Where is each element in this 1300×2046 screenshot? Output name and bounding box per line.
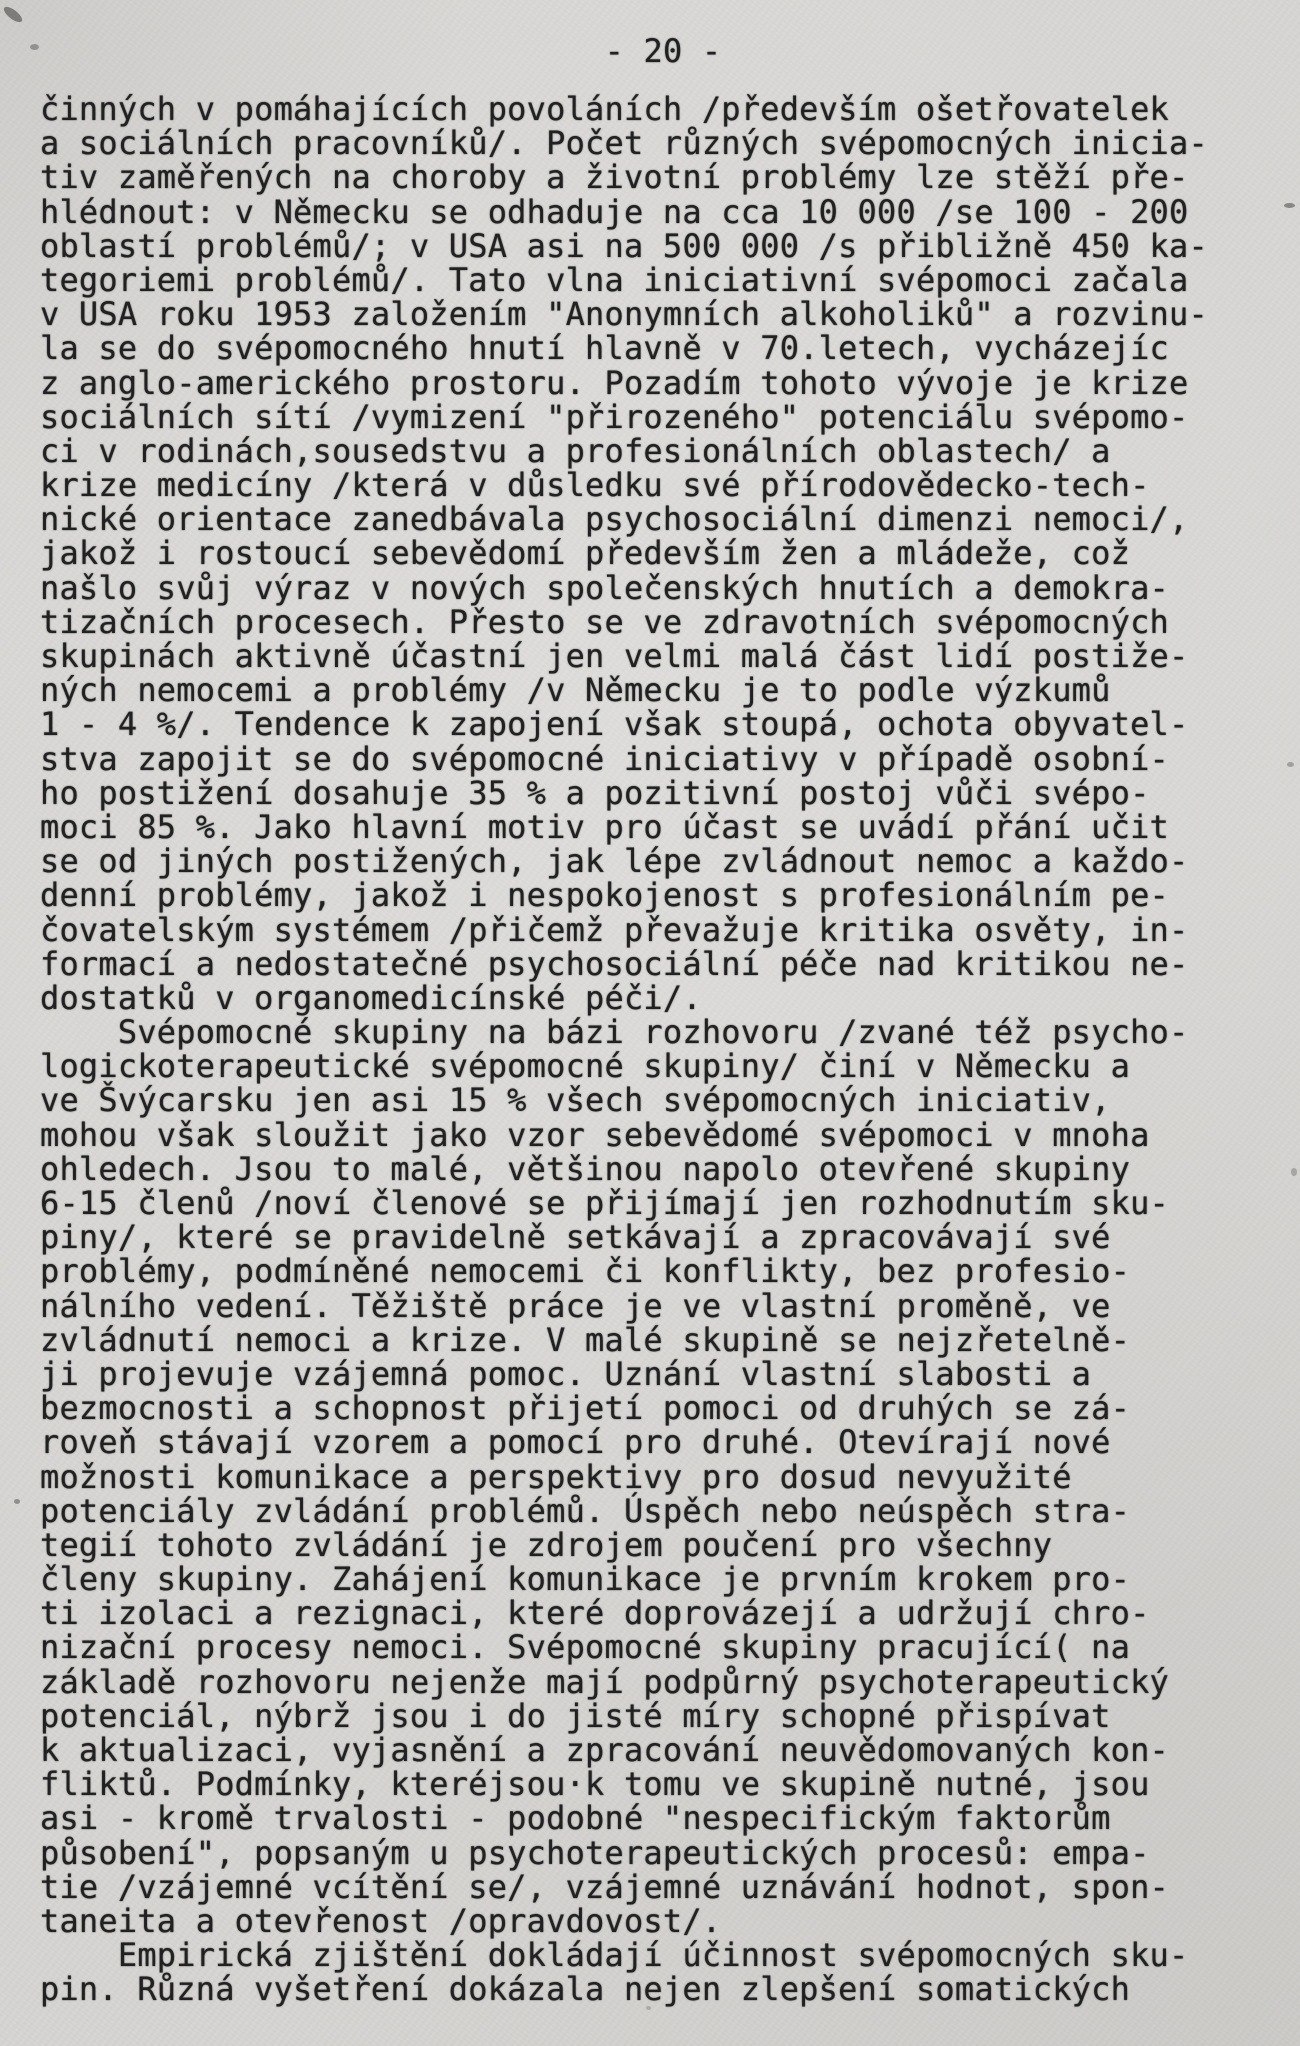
text-line: jakož i rostoucí sebevědomí především že… bbox=[40, 536, 1270, 570]
text-line: potenciál, nýbrž jsou i do jisté míry sc… bbox=[40, 1699, 1270, 1733]
text-line: logickoterapeutické svépomocné skupiny/ … bbox=[40, 1049, 1270, 1083]
text-line: ohledech. Jsou to malé, většinou napolo … bbox=[40, 1152, 1270, 1186]
text-line: mohou však sloužit jako vzor sebevědomé … bbox=[40, 1118, 1270, 1152]
text-line: 6-15 členů /noví členové se přijímají je… bbox=[40, 1186, 1270, 1220]
text-line: hlédnout: v Německu se odhaduje na cca 1… bbox=[40, 195, 1270, 229]
scan-speck bbox=[1284, 203, 1295, 208]
text-line: působení", popsaným u psychoterapeutický… bbox=[40, 1836, 1270, 1870]
text-line: fliktů. Podmínky, kteréjsou·k tomu ve sk… bbox=[40, 1767, 1270, 1801]
text-line: ci v rodinách,sousedstvu a profesionální… bbox=[40, 434, 1270, 468]
text-line: tizačních procesech. Přesto se ve zdravo… bbox=[40, 605, 1270, 639]
document-page: - 20 - činných v pomáhajících povoláních… bbox=[0, 0, 1300, 2046]
text-line: potenciály zvládání problémů. Úspěch neb… bbox=[40, 1494, 1270, 1528]
text-line: oblastí problémů/; v USA asi na 500 000 … bbox=[40, 229, 1270, 263]
text-line: piny/, které se pravidelně setkávají a z… bbox=[40, 1220, 1270, 1254]
text-line: tie /vzájemné vcítění se/, vzájemné uzná… bbox=[40, 1870, 1270, 1904]
scan-speck bbox=[1287, 762, 1294, 767]
text-line: tegoriemi problémů/. Tato vlna iniciativ… bbox=[40, 263, 1270, 297]
text-line: skupinách aktivně účastní jen velmi malá… bbox=[40, 639, 1270, 673]
text-line: v USA roku 1953 založením "Anonymních al… bbox=[40, 297, 1270, 331]
text-line: tegií tohoto zvládání je zdrojem poučení… bbox=[40, 1528, 1270, 1562]
scan-speck bbox=[646, 2006, 651, 2010]
text-line: dostatků v organomedicínské péči/. bbox=[40, 981, 1270, 1015]
scan-speck bbox=[14, 1499, 20, 1504]
text-line: zvládnutí nemoci a krize. V malé skupině… bbox=[40, 1323, 1270, 1357]
text-line: sociálních sítí /vymizení "přirozeného" … bbox=[40, 400, 1270, 434]
text-line: formací a nedostatečné psychosociální pé… bbox=[40, 947, 1270, 981]
text-line: problémy, podmíněné nemocemi či konflikt… bbox=[40, 1254, 1270, 1288]
scan-speck bbox=[1291, 1168, 1297, 1176]
text-line: nálního vedení. Těžiště práce je ve vlas… bbox=[40, 1289, 1270, 1323]
text-line: denní problémy, jakož i nespokojenost s … bbox=[40, 878, 1270, 912]
text-line: moci 85 %. Jako hlavní motiv pro účast s… bbox=[40, 810, 1270, 844]
text-line: bezmocnosti a schopnost přijetí pomoci o… bbox=[40, 1391, 1270, 1425]
text-line: la se do svépomocného hnutí hlavně v 70.… bbox=[40, 331, 1270, 365]
text-line: stva zapojit se do svépomocné iniciativy… bbox=[40, 742, 1270, 776]
text-line: z anglo-amerického prostoru. Pozadím toh… bbox=[40, 366, 1270, 400]
text-line: čovatelským systémem /přičemž převažuje … bbox=[40, 913, 1270, 947]
text-line: možnosti komunikace a perspektivy pro do… bbox=[40, 1460, 1270, 1494]
text-line: našlo svůj výraz v nových společenských … bbox=[40, 571, 1270, 605]
scan-speck bbox=[2, 4, 25, 25]
text-line: ných nemocemi a problémy /v Německu je t… bbox=[40, 673, 1270, 707]
text-line: ji projevuje vzájemná pomoc. Uznání vlas… bbox=[40, 1357, 1270, 1391]
text-line: ho postižení dosahuje 35 % a pozitivní p… bbox=[40, 776, 1270, 810]
text-line: a sociálních pracovníků/. Počet různých … bbox=[40, 126, 1270, 160]
text-line: ti izolaci a rezignaci, které doprovázej… bbox=[40, 1596, 1270, 1630]
text-line: ve Švýcarsku jen asi 15 % všech svépomoc… bbox=[40, 1083, 1270, 1117]
text-line: pin. Různá vyšetření dokázala nejen zlep… bbox=[40, 1972, 1270, 2006]
text-line: 1 - 4 %/. Tendence k zapojení však stoup… bbox=[40, 707, 1270, 741]
text-line: roveň stávají vzorem a pomocí pro druhé.… bbox=[40, 1425, 1270, 1459]
text-line: se od jiných postižených, jak lépe zvlád… bbox=[40, 844, 1270, 878]
text-line: taneita a otevřenost /opravdovost/. bbox=[40, 1904, 1270, 1938]
text-line: základě rozhovoru nejenže mají podpůrný … bbox=[40, 1665, 1270, 1699]
text-line: k aktualizaci, vyjasnění a zpracování ne… bbox=[40, 1733, 1270, 1767]
text-line: tiv zaměřených na choroby a životní prob… bbox=[40, 160, 1270, 194]
text-line: Empirická zjištění dokládají účinnost sv… bbox=[40, 1938, 1270, 1972]
scan-speck bbox=[30, 44, 39, 50]
text-line: činných v pomáhajících povoláních /přede… bbox=[40, 92, 1270, 126]
text-line: Svépomocné skupiny na bázi rozhovoru /zv… bbox=[40, 1015, 1270, 1049]
body-text: činných v pomáhajících povoláních /přede… bbox=[40, 92, 1270, 2007]
text-line: členy skupiny. Zahájení komunikace je pr… bbox=[40, 1562, 1270, 1596]
text-line: nické orientace zanedbávala psychosociál… bbox=[40, 502, 1270, 536]
page-number: - 20 - bbox=[0, 34, 1300, 68]
text-line: asi - kromě trvalosti - podobné "nespeci… bbox=[40, 1801, 1270, 1835]
text-line: krize medicíny /která v důsledku své pří… bbox=[40, 468, 1270, 502]
text-line: nizační procesy nemoci. Svépomocné skupi… bbox=[40, 1630, 1270, 1664]
